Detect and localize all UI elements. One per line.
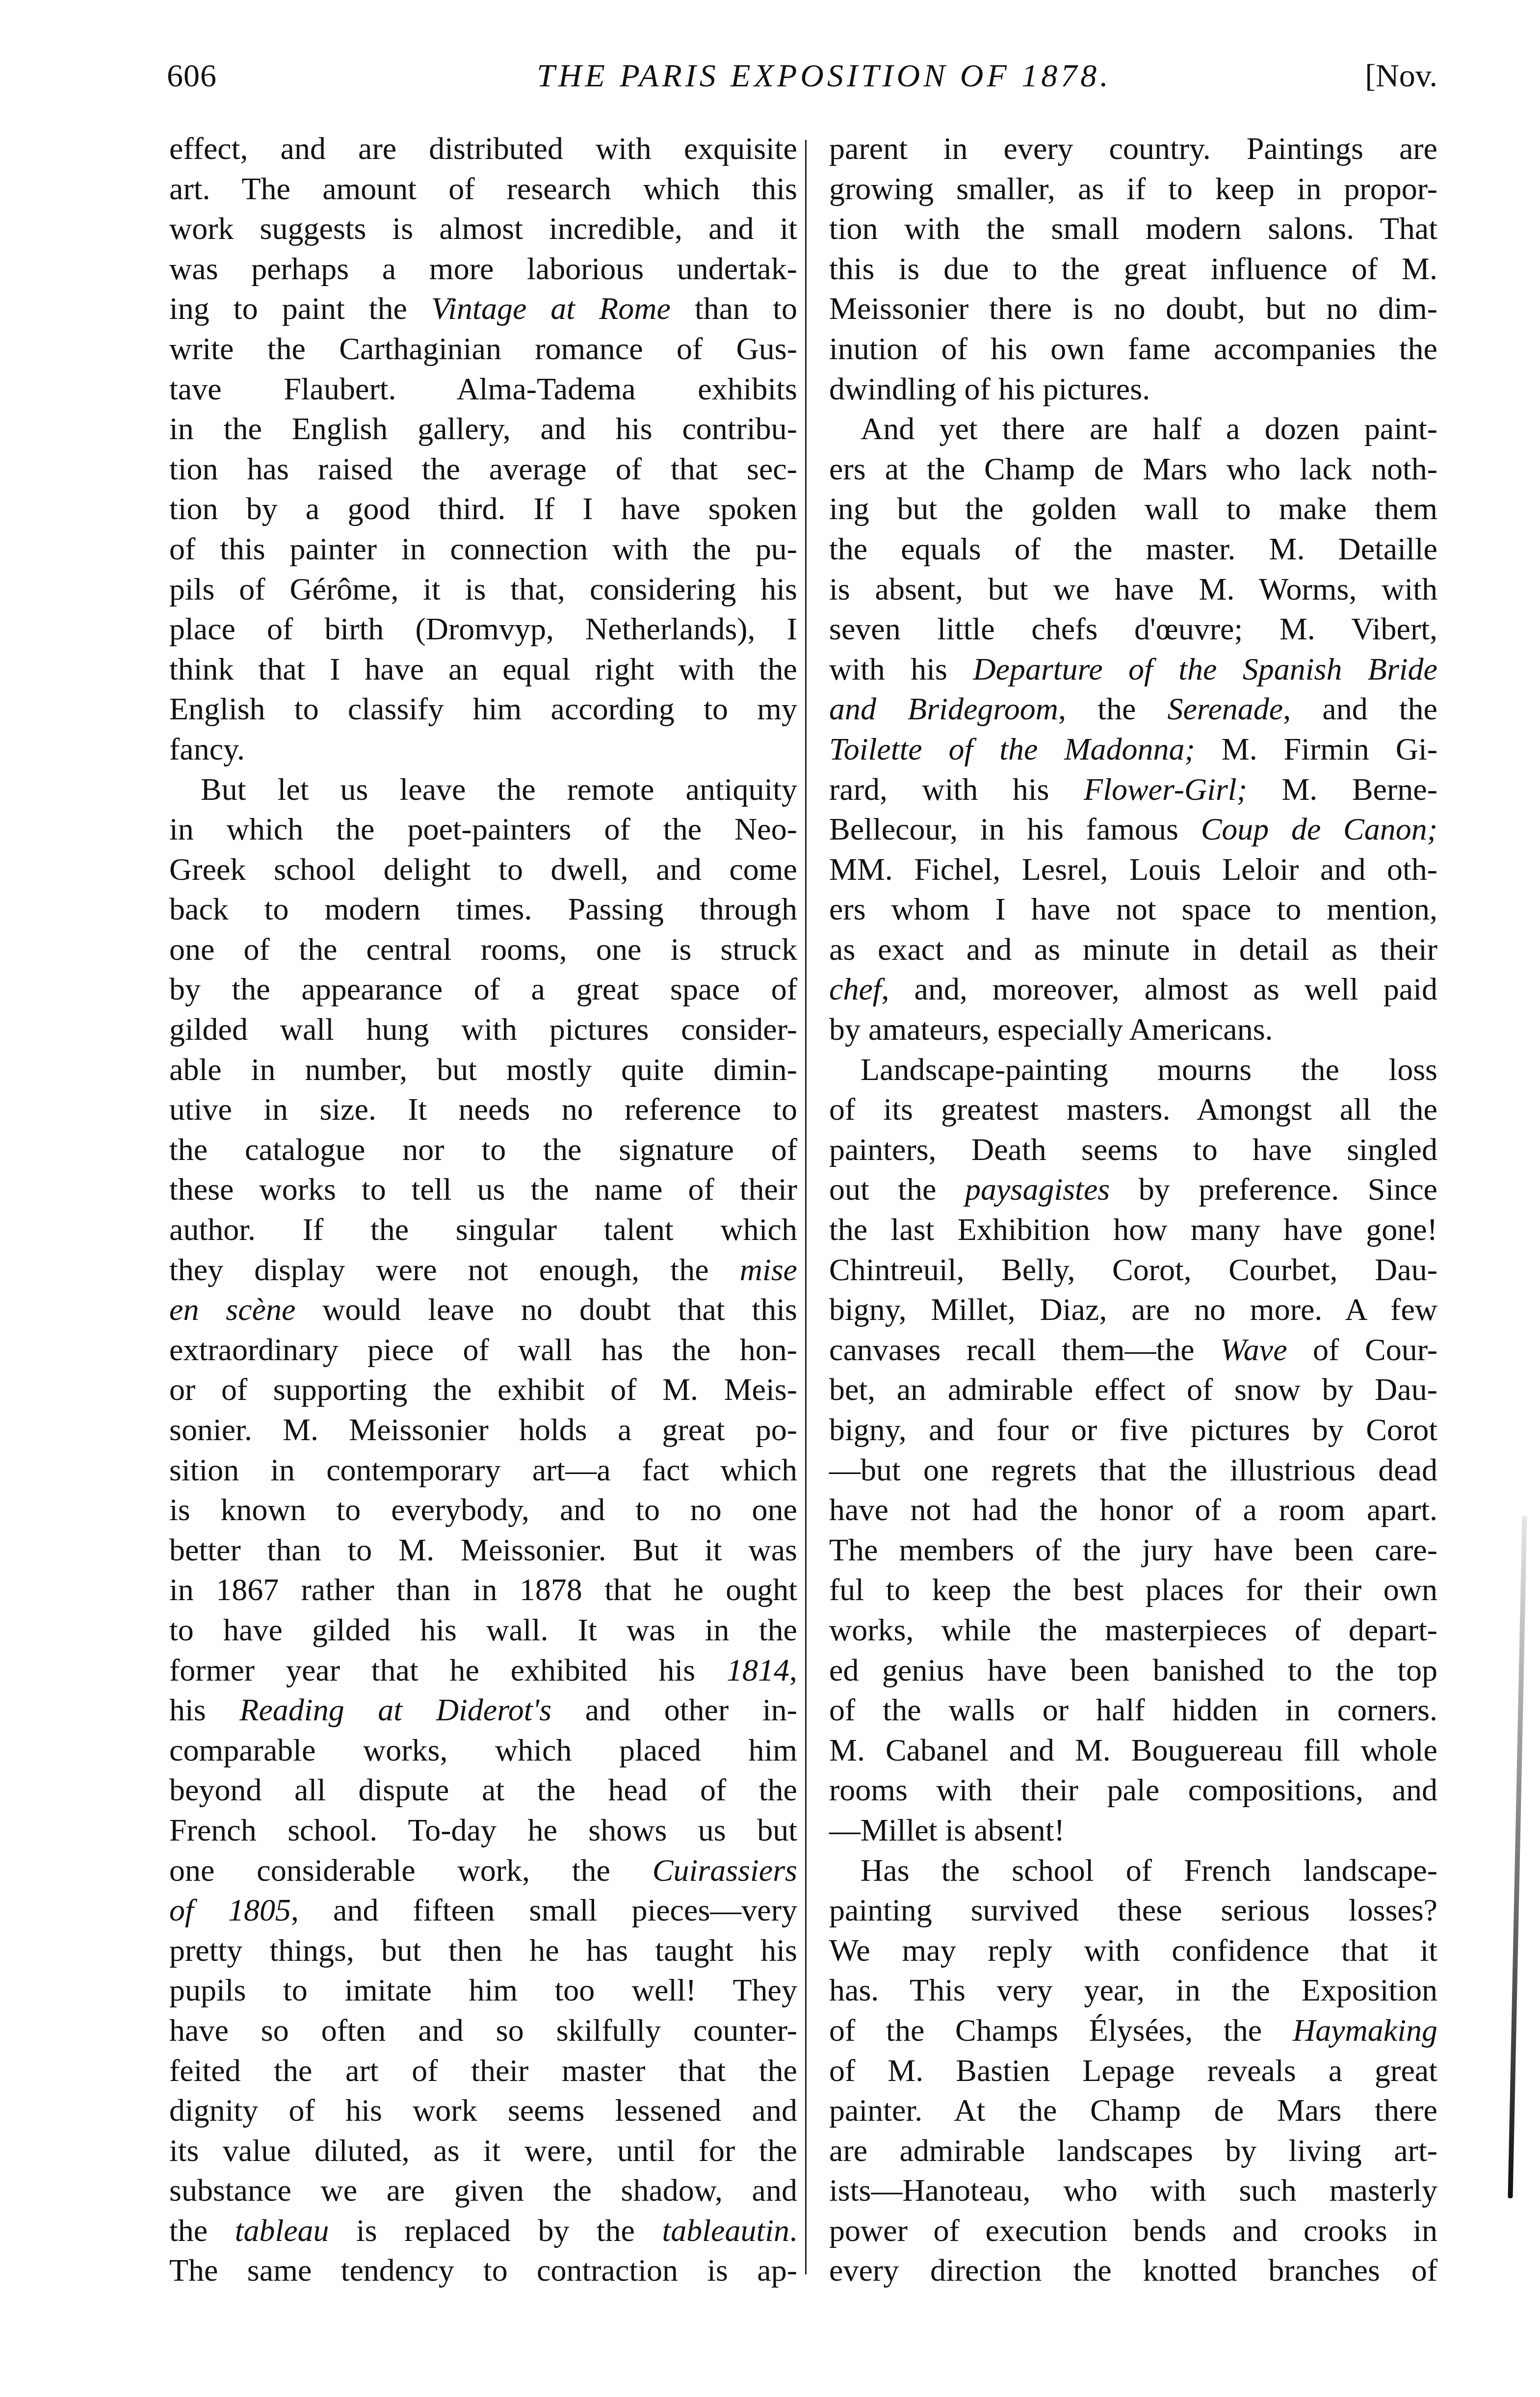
- text-line: back to modern times. Passing through: [169, 889, 797, 929]
- text-line: ists—Hanoteau, who with such masterly: [829, 2170, 1437, 2211]
- italic-title: Haymaking: [1293, 2013, 1437, 2048]
- text-line: painting survived these serious losses?: [829, 1890, 1437, 1930]
- text-line: parent in every country. Paintings are: [829, 129, 1437, 169]
- text-line: these works to tell us the name of their: [169, 1169, 797, 1210]
- text-line: We may reply with confidence that it: [829, 1930, 1437, 1971]
- text-line: Toilette of the Madonna; M. Firmin Gi-: [829, 729, 1437, 769]
- text-line: Meissonier there is no doubt, but no dim…: [829, 289, 1437, 329]
- text-line: place of birth (Dromvyp, Netherlands), I: [169, 609, 797, 649]
- text-line: of its greatest masters. Amongst all the: [829, 1089, 1437, 1130]
- text-line: works, while the masterpieces of depart-: [829, 1610, 1437, 1650]
- text-line: bigny, Millet, Diaz, are no more. A few: [829, 1290, 1437, 1330]
- text-line: in which the poet-painters of the Neo-: [169, 809, 797, 849]
- text-line: extraordinary piece of wall has the hon-: [169, 1330, 797, 1370]
- text-line: every direction the knotted branches of: [829, 2250, 1437, 2291]
- text-line: painters, Death seems to have singled: [829, 1130, 1437, 1170]
- text-line: And yet there are half a dozen paint-: [829, 409, 1437, 449]
- issue-month: [Nov.: [1365, 49, 1437, 103]
- text-line: the equals of the master. M. Detaille: [829, 529, 1437, 569]
- column-divider: [805, 140, 807, 2274]
- text-line: write the Carthaginian romance of Gus-: [169, 329, 797, 369]
- text-line: better than to M. Meissonier. But it was: [169, 1530, 797, 1570]
- text-line: ed genius have been banished to the top: [829, 1650, 1437, 1690]
- running-header: 606 THE PARIS EXPOSITION OF 1878. [Nov.: [167, 49, 1437, 103]
- text-line: out the paysagistes by preference. Since: [829, 1169, 1437, 1210]
- text-line: as exact and as minute in detail as thei…: [829, 929, 1437, 970]
- text-line: to have gilded his wall. It was in the: [169, 1610, 797, 1650]
- italic-title: Reading at Diderot's: [239, 1692, 551, 1727]
- text-line: by the appearance of a great space of: [169, 969, 797, 1009]
- italic-title: chef: [829, 972, 882, 1006]
- text-line: of the Champs Élysées, the Haymaking: [829, 2010, 1437, 2051]
- text-line: they display were not enough, the mise: [169, 1250, 797, 1290]
- text-line: was perhaps a more laborious undertak-: [169, 249, 797, 289]
- text-line: substance we are given the shadow, and: [169, 2170, 797, 2211]
- text-line: comparable works, which placed him: [169, 1730, 797, 1770]
- right-column: parent in every country. Paintings aregr…: [829, 129, 1437, 2291]
- text-line: —but one regrets that the illustrious de…: [829, 1450, 1437, 1490]
- text-line: sonier. M. Meissonier holds a great po-: [169, 1410, 797, 1450]
- italic-title: Flower-Girl;: [1084, 772, 1247, 807]
- text-line: Landscape-painting mourns the loss: [829, 1050, 1437, 1090]
- text-line: able in number, but mostly quite dimin-: [169, 1050, 797, 1090]
- text-line: the tableau is replaced by the tableauti…: [169, 2211, 797, 2251]
- text-line: tave Flaubert. Alma-Tadema exhibits: [169, 369, 797, 409]
- text-line: ing to paint the Vintage at Rome than to: [169, 289, 797, 329]
- text-line: utive in size. It needs no reference to: [169, 1089, 797, 1130]
- text-line: inution of his own fame accompanies the: [829, 329, 1437, 369]
- scan-edge-shadow: [1508, 1516, 1527, 2198]
- text-line: by amateurs, especially Americans.: [829, 1009, 1437, 1050]
- text-line: gilded wall hung with pictures consider-: [169, 1009, 797, 1050]
- italic-title: Coup de Canon;: [1201, 812, 1437, 846]
- text-line: with his Departure of the Spanish Bride: [829, 649, 1437, 689]
- text-line: and Bridegroom, the Serenade, and the: [829, 689, 1437, 729]
- text-line: chef, and, moreover, almost as well paid: [829, 969, 1437, 1009]
- text-line: of M. Bastien Lepage reveals a great: [829, 2051, 1437, 2091]
- text-line: fancy.: [169, 729, 797, 769]
- text-line: work suggests is almost incredible, and …: [169, 209, 797, 249]
- italic-title: tableau: [235, 2213, 329, 2248]
- text-line: power of execution bends and crooks in: [829, 2211, 1437, 2251]
- text-line: M. Cabanel and M. Bouguereau fill whole: [829, 1730, 1437, 1770]
- text-line: French school. To-day he shows us but: [169, 1810, 797, 1850]
- text-line: one of the central rooms, one is struck: [169, 929, 797, 970]
- text-line: growing smaller, as if to keep in propor…: [829, 169, 1437, 209]
- text-line: pupils to imitate him too well! They: [169, 1970, 797, 2010]
- italic-title: mise: [740, 1252, 797, 1287]
- text-line: Greek school delight to dwell, and come: [169, 849, 797, 890]
- text-line: is known to everybody, and to no one: [169, 1490, 797, 1530]
- text-line: rard, with his Flower-Girl; M. Berne-: [829, 769, 1437, 810]
- text-line: or of supporting the exhibit of M. Meis-: [169, 1370, 797, 1410]
- text-line: author. If the singular talent which: [169, 1210, 797, 1250]
- text-line: have not had the honor of a room apart.: [829, 1490, 1437, 1530]
- text-line: of 1805, and fifteen small pieces—very: [169, 1890, 797, 1930]
- text-line: in 1867 rather than in 1878 that he ough…: [169, 1570, 797, 1610]
- text-line: have so often and so skilfully counter-: [169, 2010, 797, 2051]
- text-line: the catalogue nor to the signature of: [169, 1130, 797, 1170]
- text-line: of the walls or half hidden in corners.: [829, 1690, 1437, 1730]
- text-line: dwindling of his pictures.: [829, 369, 1437, 409]
- text-line: ers whom I have not space to mention,: [829, 889, 1437, 929]
- text-line: en scène would leave no doubt that this: [169, 1290, 797, 1330]
- italic-title: of 1805: [169, 1893, 291, 1927]
- text-line: art. The amount of research which this: [169, 169, 797, 209]
- text-line: tion has raised the average of that sec-: [169, 449, 797, 489]
- text-line: of this painter in connection with the p…: [169, 529, 797, 569]
- italic-title: Vintage at Rome: [431, 291, 671, 326]
- text-line: rooms with their pale compositions, and: [829, 1770, 1437, 1810]
- text-line: ful to keep the best places for their ow…: [829, 1570, 1437, 1610]
- text-line: this is due to the great influence of M.: [829, 249, 1437, 289]
- italic-title: and Bridegroom: [829, 691, 1058, 726]
- italic-title: Wave: [1220, 1332, 1287, 1367]
- text-line: Bellecour, in his famous Coup de Canon;: [829, 809, 1437, 849]
- text-line: sition in contemporary art—a fact which: [169, 1450, 797, 1490]
- text-line: The same tendency to contraction is ap-: [169, 2250, 797, 2291]
- running-title: THE PARIS EXPOSITION OF 1878.: [167, 49, 1437, 103]
- text-line: tion with the small modern salons. That: [829, 209, 1437, 249]
- text-line: The members of the jury have been care-: [829, 1530, 1437, 1570]
- text-line: pils of Gérôme, it is that, considering …: [169, 569, 797, 609]
- text-line: canvases recall them—the Wave of Cour-: [829, 1330, 1437, 1370]
- text-line: English to classify him according to my: [169, 689, 797, 729]
- text-line: has. This very year, in the Exposition: [829, 1970, 1437, 2010]
- text-line: in the English gallery, and his contribu…: [169, 409, 797, 449]
- italic-title: Departure of the Spanish Bride: [973, 652, 1437, 686]
- text-line: pretty things, but then he has taught hi…: [169, 1930, 797, 1971]
- italic-title: Serenade: [1167, 691, 1283, 726]
- left-column: effect, and are distributed with exquisi…: [169, 129, 797, 2291]
- text-line: feited the art of their master that the: [169, 2051, 797, 2091]
- text-line: MM. Fichel, Lesrel, Louis Leloir and oth…: [829, 849, 1437, 890]
- text-line: painter. At the Champ de Mars there: [829, 2090, 1437, 2131]
- text-line: —Millet is absent!: [829, 1810, 1437, 1850]
- text-line: its value diluted, as it were, until for…: [169, 2131, 797, 2171]
- italic-title: Cuirassiers: [653, 1853, 797, 1888]
- italic-title: Toilette of the Madonna;: [829, 732, 1195, 766]
- italic-title: en scène: [169, 1292, 295, 1327]
- text-line: Chintreuil, Belly, Corot, Courbet, Dau-: [829, 1250, 1437, 1290]
- text-line: his Reading at Diderot's and other in-: [169, 1690, 797, 1730]
- text-line: But let us leave the remote antiquity: [169, 769, 797, 810]
- text-line: former year that he exhibited his 1814,: [169, 1650, 797, 1690]
- text-line: seven little chefs d'œuvre; M. Vibert,: [829, 609, 1437, 649]
- text-line: is absent, but we have M. Worms, with: [829, 569, 1437, 609]
- text-line: tion by a good third. If I have spoken: [169, 489, 797, 529]
- text-line: bigny, and four or five pictures by Coro…: [829, 1410, 1437, 1450]
- text-line: effect, and are distributed with exquisi…: [169, 129, 797, 169]
- italic-title: paysagistes: [965, 1172, 1110, 1207]
- text-line: are admirable landscapes by living art-: [829, 2131, 1437, 2171]
- text-line: Has the school of French landscape-: [829, 1850, 1437, 1891]
- text-line: beyond all dispute at the head of the: [169, 1770, 797, 1810]
- italic-title: 1814: [727, 1653, 789, 1687]
- text-line: think that I have an equal right with th…: [169, 649, 797, 689]
- text-line: one considerable work, the Cuirassiers: [169, 1850, 797, 1891]
- text-line: dignity of his work seems lessened and: [169, 2090, 797, 2131]
- text-line: bet, an admirable effect of snow by Dau-: [829, 1370, 1437, 1410]
- text-line: ing but the golden wall to make them: [829, 489, 1437, 529]
- text-line: the last Exhibition how many have gone!: [829, 1210, 1437, 1250]
- italic-title: tableautin: [662, 2213, 789, 2248]
- text-line: ers at the Champ de Mars who lack noth-: [829, 449, 1437, 489]
